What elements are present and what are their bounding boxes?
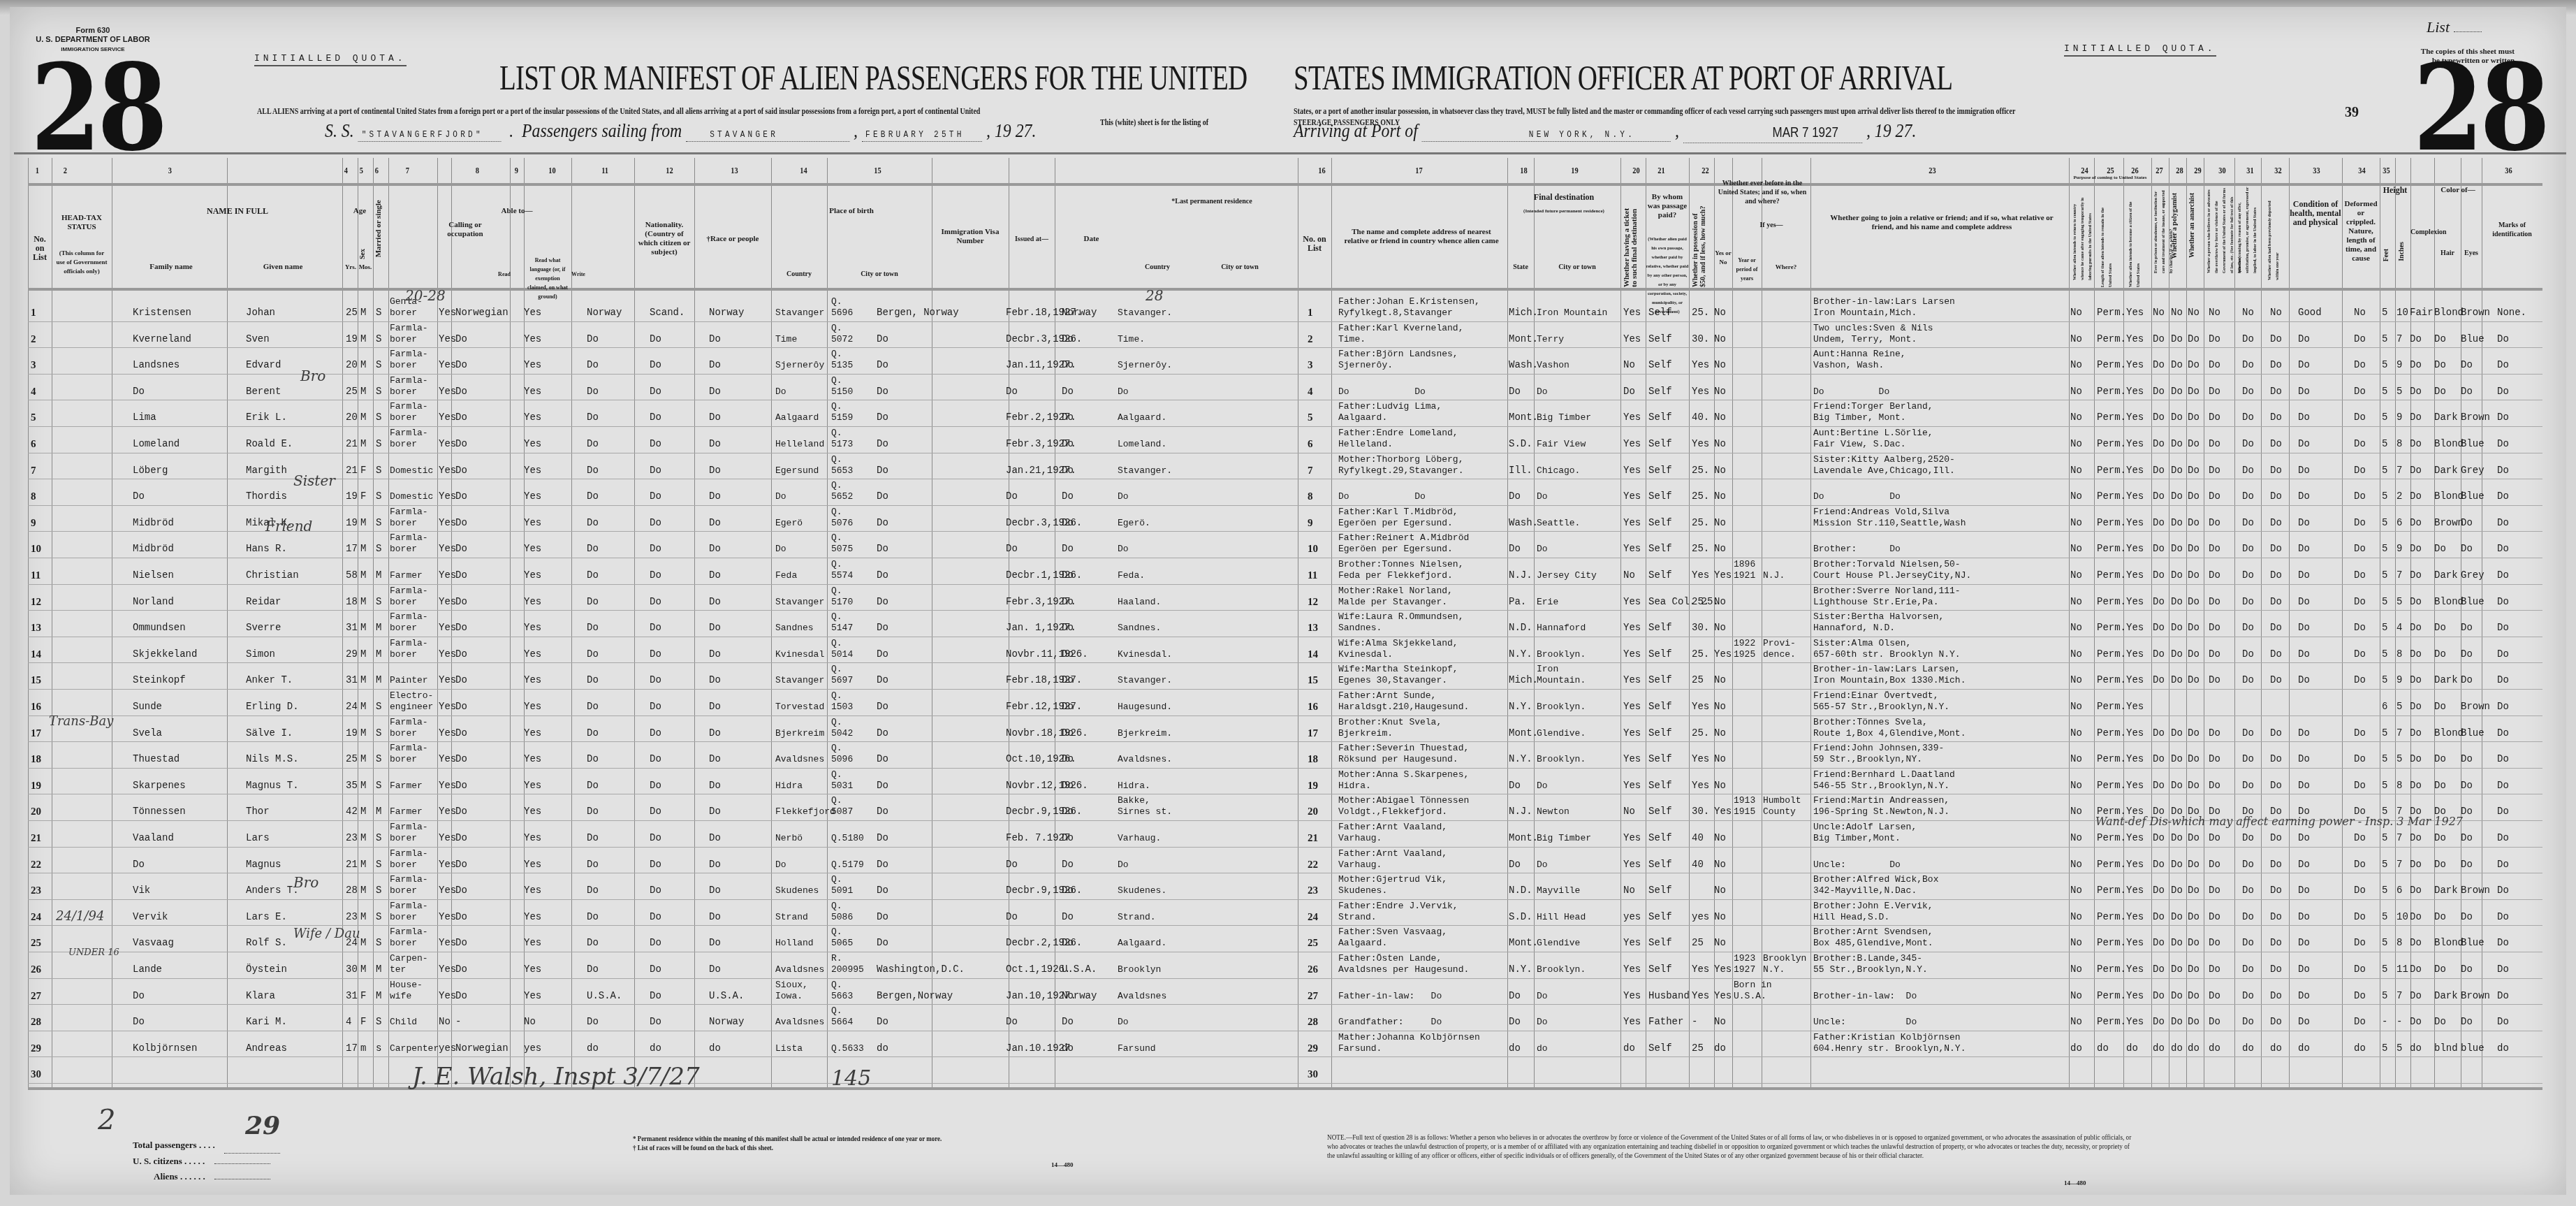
dest-state-cell: Mich. [1509, 675, 1538, 686]
rownum-left: 2 [31, 334, 36, 345]
birth-city-cell: Skudenes [775, 885, 819, 896]
read-cell: Yes [439, 570, 456, 581]
offer-cell: Do [2242, 491, 2254, 502]
language-cell: Norwegian [455, 307, 508, 319]
passenger-row[interactable]: 26LandeÖystein30MMCarpen- terYesDoYesDoD… [28, 952, 2542, 978]
overthrow-cell: Do [2209, 780, 2220, 792]
prison-cell: Do [2153, 728, 2165, 739]
marital-status-cell: S [376, 465, 381, 477]
purpose-return-cell: No [2070, 1017, 2082, 1028]
purpose-return-cell: No [2070, 649, 2082, 660]
hair-cell: Dark [2434, 465, 2458, 477]
money-cell: 25. [1692, 307, 1709, 319]
birth-country-cell: Norway [709, 1017, 744, 1028]
height-inches-cell: 11 [2396, 964, 2408, 975]
year-period-header: Year or period of years [1732, 256, 1762, 283]
read-cell: Yes [439, 491, 456, 502]
passenger-row[interactable]: 11NielsenChristian58MMFarmerYesDoYesDoDo… [28, 558, 2542, 584]
hair-cell: Dark [2434, 675, 2458, 686]
purpose-citizen-cell: Yes [2126, 780, 2144, 792]
residence-city-cell: Farsund [1118, 1043, 1156, 1054]
polygamist-cell: Do [2171, 386, 2183, 398]
joining-relative-cell: Sister:Kitty Aalberg,2520- Lavendale Ave… [1813, 454, 1955, 477]
language-cell: Do [455, 649, 467, 660]
complexion-cell: Do [2410, 991, 2422, 1002]
visa-number-cell: Q. 5150 [831, 375, 853, 398]
offer-cell: Do [2242, 885, 2254, 896]
occupation-cell: House- wife [390, 980, 423, 1002]
column-number: 3 [168, 165, 172, 176]
purpose-length-cell: Perm. [2097, 780, 2126, 792]
birth-city-cell: Avaldsnes [775, 1017, 824, 1028]
rownum-left: 19 [31, 780, 41, 792]
paid-by-cell: Self [1648, 491, 1672, 502]
paid-by-cell: Self [1648, 833, 1672, 844]
complexion-cell: Do [2410, 518, 2422, 529]
purpose-return-cell: No [2070, 806, 2082, 818]
write-cell: Yes [524, 334, 541, 345]
visa-number-cell: Q. 5653 [831, 454, 853, 477]
prison-cell: Do [2153, 649, 2165, 660]
health-cell: Do [2298, 491, 2310, 502]
age-cell: 19 [346, 518, 358, 529]
issued-at-cell: Do [877, 833, 888, 844]
language-cell: Do [455, 570, 467, 581]
dest-state-cell: N.Y. [1509, 754, 1532, 765]
paid-by-cell: Self [1648, 360, 1672, 371]
complexion-cell: Do [2410, 412, 2422, 423]
residence-city-cell: Do [1118, 491, 1129, 502]
hair-cell: blnd [2434, 1043, 2458, 1054]
family-name-cell: Midbröd [133, 518, 174, 529]
nearest-relative-cell: Father:Arnt Vaaland, Varhaug. [1338, 848, 1447, 871]
age-cell: 17 [346, 544, 358, 555]
offer-cell: No [2242, 307, 2254, 319]
language-cell: Do [455, 964, 467, 975]
anarchist-cell: Do [2188, 518, 2200, 529]
health-cell: Do [2298, 412, 2310, 423]
prison-cell: Do [2153, 1017, 2165, 1028]
form-number: Form 630 [34, 27, 152, 36]
deformed-cell: Do [2354, 360, 2366, 371]
passenger-row[interactable]: 4DoBerent25MSFarmla- borerYesDoYesDoDoDo… [28, 374, 2542, 400]
passenger-row[interactable]: 13OmmundsenSverre31MMFarmla- borerYesDoY… [28, 610, 2542, 637]
nationality-cell: Do [587, 518, 599, 529]
given-name-cell: Sälve I. [246, 728, 293, 739]
health-cell: Do [2298, 439, 2310, 450]
language-cell: Do [455, 754, 467, 765]
before-cell: No [1714, 833, 1726, 844]
passenger-row[interactable]: 6LomelandRoald E.21MSFarmla- borerYesDoY… [28, 426, 2542, 453]
sex-cell: M [360, 964, 366, 975]
money-cell: 40. [1692, 412, 1709, 423]
issue-date-cell: Novbr.18,1926. [1006, 728, 1088, 739]
money-cell: Yes [1692, 780, 1709, 792]
year-cell: 1922 1925 [1734, 638, 1755, 660]
before-cell: Yes [1714, 991, 1732, 1002]
height-inches-cell: 10 [2396, 307, 2408, 319]
deported-cell: Do [2270, 964, 2282, 975]
ticket-cell: Yes [1623, 307, 1641, 319]
visa-number-cell: Q. 5664 [831, 1005, 853, 1028]
nearest-relative-cell: Mother:Gjertrud Vik, Skudenes. [1338, 874, 1447, 896]
name-in-full-header: NAME IN FULL [168, 207, 307, 216]
deformed-cell: Do [2354, 597, 2366, 608]
complexion-cell: Do [2410, 439, 2422, 450]
passenger-row[interactable]: 18ThuestadNils M.S.25MSFarmla- borerYesD… [28, 741, 2542, 768]
eyes-cell: Do [2461, 386, 2473, 398]
arrival-date-stamp[interactable]: MAR 7 1927 [1683, 125, 1862, 143]
ticket-cell: Yes [1623, 334, 1641, 345]
rownum-right: 28 [1308, 1017, 1318, 1028]
ticket-cell: Yes [1623, 964, 1641, 975]
write-cell: yes [524, 1043, 541, 1054]
passenger-row[interactable]: 19SkarpenesMagnus T.35MSFarmerYesDoYesDo… [28, 768, 2542, 794]
rownum-left: 20 [31, 806, 41, 818]
paid-by-cell: Self [1648, 702, 1672, 713]
birth-country-cell: Do [709, 885, 721, 896]
passenger-row[interactable]: 10MidbrödHans R.17MSFarmla- borerYesDoYe… [28, 531, 2542, 558]
marital-status-cell: M [376, 806, 381, 818]
money-cell: 25 [1692, 938, 1704, 949]
anarchist-cell: Do [2188, 544, 2200, 555]
purpose-return-cell: No [2070, 465, 2082, 477]
write-cell: Yes [524, 912, 541, 923]
eyes-cell: Do [2461, 675, 2473, 686]
residence-country-cell: Do [1062, 912, 1074, 923]
health-cell: Do [2298, 859, 2310, 871]
eyes-cell: Blue [2461, 439, 2484, 450]
rownum-right: 10 [1308, 544, 1318, 555]
aliens-field[interactable] [214, 1179, 270, 1179]
nationality-cell: Do [587, 412, 599, 423]
purpose-length-cell: Perm. [2097, 518, 2126, 529]
family-name-cell: Vaaland [133, 833, 174, 844]
rownum-left: 25 [31, 938, 41, 949]
residence-country-cell: Do [1062, 728, 1074, 739]
passenger-row[interactable]: 17SvelaSälve I.19MSFarmla- borerYesDoYes… [28, 715, 2542, 742]
offer-cell: Do [2242, 597, 2254, 608]
occupation-cell: Farmla- borer [390, 874, 428, 896]
total-passengers-field[interactable]: 29 [224, 1132, 280, 1154]
height-feet-cell: 5 [2382, 938, 2387, 949]
health-cell: Do [2298, 964, 2310, 975]
money-cell: 25. [1692, 597, 1709, 608]
purpose-return-cell: No [2070, 597, 2082, 608]
issued-at-cell: Do [877, 439, 888, 450]
language-cell: Do [455, 597, 467, 608]
height-feet-cell: 5 [2382, 597, 2387, 608]
height-inches-cell: 7 [2396, 570, 2402, 581]
purpose-return-cell: No [2070, 360, 2082, 371]
money-cell: Yes [1692, 964, 1709, 975]
prison-cell: Do [2153, 412, 2165, 423]
language-cell: Do [455, 623, 467, 634]
family-name-cell: Steinkopf [133, 675, 186, 686]
paid-by-cell: Father [1648, 1017, 1683, 1028]
passenger-row[interactable]: 8DoThordis19FSDomesticYesDoYesDoDoDoDoQ.… [28, 479, 2542, 505]
given-name-cell: Edvard [246, 360, 281, 371]
age-cell: 25 [346, 386, 358, 398]
marks-cell: Do [2497, 597, 2509, 608]
overthrow-cell: Do [2209, 439, 2220, 450]
passenger-row[interactable]: 22DoMagnus21MSFarmla- borerYesDoYesDoDoD… [28, 847, 2542, 873]
money-cell: Yes [1692, 991, 1709, 1002]
birth-country-cell: Do [709, 597, 721, 608]
given-name-cell: Öystein [246, 964, 287, 975]
health-cell: Do [2298, 544, 2310, 555]
language-cell: Do [455, 728, 467, 739]
given-name-cell: Margith [246, 465, 287, 477]
passenger-row[interactable]: 3030 [28, 1056, 2542, 1083]
passenger-row[interactable]: 16SundeErling D.24MSElectro- engineerYes… [28, 689, 2542, 715]
visa-number-cell: Q. 5663 [831, 980, 853, 1002]
date-header: Date [1055, 235, 1128, 244]
column-number: 31 [2246, 165, 2253, 176]
nationality-cell: Do [587, 833, 599, 844]
rownum-left: 27 [31, 991, 41, 1002]
passenger-row[interactable]: 2KvernelandSven19MSFarmla- borerYesDoYes… [28, 321, 2542, 348]
offer-cell: Do [2242, 728, 2254, 739]
health-cell: Do [2298, 570, 2310, 581]
given-name-cell: Roald E. [246, 439, 293, 450]
birth-country-cell: Do [709, 649, 721, 660]
race-cell: Do [650, 885, 661, 896]
birth-country-cell: Do [709, 412, 721, 423]
occupation-cell: Farmla- borer [390, 507, 428, 529]
issued-at-cell: Do [877, 754, 888, 765]
marks-cell: Do [2497, 518, 2509, 529]
purpose-citizen-cell: Yes [2126, 964, 2144, 975]
passenger-row[interactable]: 9MidbrödMikal K.19MSFarmla- borerYesDoYe… [28, 505, 2542, 532]
nearest-relative-cell: Father:Östen Lande, Avaldsnes per Hauges… [1338, 953, 1469, 975]
nationality-cell: Do [587, 570, 599, 581]
passenger-row[interactable]: 28DoKari M.4FSChildNo-NoDoDoNorwayAvalds… [28, 1004, 2542, 1031]
sex-cell: M [360, 754, 366, 765]
residence-country-cell: Do [1062, 491, 1074, 502]
hair-cell: Do [2434, 544, 2446, 555]
deformed-cell: Do [2354, 465, 2366, 477]
family-name-cell: Lomeland [133, 439, 180, 450]
column-number: 4 [344, 165, 348, 176]
dest-state-cell: do [1509, 1043, 1521, 1054]
purpose-return-cell: No [2070, 544, 2082, 555]
arrival-port-field[interactable]: NEW YORK, N.Y. [1422, 129, 1671, 142]
visa-number-cell: Q. 1503 [831, 690, 853, 713]
residence-country-cell: Do [1062, 754, 1074, 765]
residence-city-cell: Lomeland. [1118, 439, 1166, 450]
anarchist-cell: Do [2188, 570, 2200, 581]
nearest-relative-cell: Mother:Thorborg Löberg, Ryfylkegt.29,Sta… [1338, 454, 1463, 477]
passenger-row[interactable]: 27DoKlara31FMHouse- wifeYesDoYesU.S.A.Do… [28, 978, 2542, 1005]
paid-by-cell: Self [1648, 859, 1672, 871]
column-number: 13 [731, 165, 738, 176]
read-cell: Yes [439, 938, 456, 949]
occupation-cell: Carpenter [390, 1043, 439, 1054]
column-number: 35 [2383, 165, 2390, 176]
age-cell: 19 [346, 334, 358, 345]
purpose-citizen-cell: Yes [2126, 885, 2144, 896]
read-cell: Yes [439, 360, 456, 371]
marks-cell: Do [2497, 728, 2509, 739]
ship-name-field[interactable]: "STAVANGERFJORD" [358, 129, 502, 142]
dest-city-cell: Brooklyn. [1537, 964, 1586, 975]
birth-city-cell: Aalgaard [775, 412, 819, 423]
joining-relative-cell: Aunt:Hanna Reine, Vashon, Wash. [1813, 349, 1906, 371]
eyes-cell: Do [2461, 649, 2473, 660]
passenger-row[interactable]: 3LandsnesEdvard20MSFarmla- borerYesDoYes… [28, 347, 2542, 374]
where-cell: N.J. [1763, 570, 1785, 581]
age-cell: 30 [346, 964, 358, 975]
residence-city-cell: Haaland. [1118, 597, 1161, 608]
given-name-cell: Thordis [246, 491, 287, 502]
column-number: 32 [2274, 165, 2281, 176]
height-inches-cell: 7 [2396, 334, 2402, 345]
residence-country-cell: Do [1062, 859, 1074, 871]
joining-relative-cell: Brother:Tönnes Svela, Route 1,Box 4,Glen… [1813, 717, 1966, 739]
before-in-us-header: Whether ever before in the United States… [1714, 179, 1810, 206]
passenger-row[interactable]: 12NorlandReidar18MSFarmla- borerYesDoYes… [28, 584, 2542, 611]
visa-number-cell: Q. 5170 [831, 586, 853, 608]
joining-relative-cell: Friend:Einar Övertvedt, 565-57 Str.,Broo… [1813, 690, 1949, 713]
passenger-row[interactable]: 23VikAnders T.28MSFarmla- borerYesDoYesD… [28, 873, 2542, 899]
passenger-row[interactable]: 24VervikLars E.23MSFarmla- borerYesDoYes… [28, 899, 2542, 926]
visa-number-cell: Q. 5173 [831, 428, 853, 450]
overthrow-cell: Do [2209, 938, 2220, 949]
married-header: Married or single [375, 200, 383, 257]
overthrow-cell: Do [2209, 859, 2220, 871]
nearest-relative-cell: Mother:Anna S.Skarpenes, Hidra. [1338, 769, 1469, 792]
given-name-cell: Sverre [246, 623, 281, 634]
residence-city-cell: Stavanger. [1118, 675, 1172, 686]
us-citizens-field[interactable] [214, 1163, 270, 1164]
residence-country-cell: do [1062, 1043, 1074, 1054]
dest-state-cell: Mont. [1509, 728, 1538, 739]
marks-cell: Do [2497, 885, 2509, 896]
ticket-cell: Yes [1623, 991, 1641, 1002]
year-cell: 1896 1921 [1734, 559, 1755, 581]
sex-cell: M [360, 360, 366, 371]
eyes-cell: Do [2461, 859, 2473, 871]
issued-at-cell: Bergen, Norway [877, 307, 959, 319]
feet-header: Feet [2383, 249, 2390, 261]
passenger-row[interactable]: 14SkjekkelandSimon29MMFarmla- borerYesDo… [28, 637, 2542, 663]
rownum-right: 7 [1308, 465, 1313, 477]
family-name-cell: Thuestad [133, 754, 180, 765]
rownum-left: 29 [31, 1043, 41, 1054]
race-cell: Do [650, 570, 661, 581]
marital-status-cell: S [376, 780, 381, 792]
dest-state-cell: Mont. [1509, 833, 1538, 844]
anarchist-cell: Do [2188, 675, 2200, 686]
deformed-cell: Do [2354, 728, 2366, 739]
nationality-cell: Do [587, 360, 599, 371]
dest-state-cell: N.Y. [1509, 964, 1532, 975]
purpose-length-cell: Perm. [2097, 465, 2126, 477]
form-code-left: 14—480 [1051, 1161, 1074, 1168]
eyes-cell: Do [2461, 912, 2473, 923]
family-name-cell: Norland [133, 597, 174, 608]
sailing-port-field[interactable]: STAVANGER [686, 129, 849, 142]
polygamist-cell: Do [2171, 938, 2183, 949]
rownum-right: 5 [1308, 412, 1313, 423]
race-note-top: 20-28 [405, 287, 446, 304]
polygamist-cell: Do [2171, 675, 2183, 686]
overthrow-cell: Do [2209, 412, 2220, 423]
read-cell: Yes [439, 806, 456, 818]
race-cell: Do [650, 912, 661, 923]
given-name-cell: Christian [246, 570, 299, 581]
marks-cell: Do [2497, 465, 2509, 477]
occupation-cell: Farmer [390, 780, 423, 792]
visa-number-cell: Q. 5091 [831, 874, 853, 896]
offer-cell: Do [2242, 334, 2254, 345]
eyes-cell: Do [2461, 518, 2473, 529]
purpose-length-cell: Perm. [2097, 728, 2126, 739]
ticket-cell: Yes [1623, 623, 1641, 634]
passenger-row[interactable]: 5LimaErik L.20MSFarmla- borerYesDoYesDoD… [28, 400, 2542, 426]
purpose-length-cell: Perm. [2097, 938, 2126, 949]
read-cell: Yes [439, 334, 456, 345]
complexion-cell: Do [2410, 728, 2422, 739]
marital-status-cell: S [376, 859, 381, 871]
passenger-row[interactable]: 25VasvaagRolf S.24MSFarmla- borerYesDoYe… [28, 925, 2542, 952]
birth-city-cell: Lista [775, 1043, 803, 1054]
prison-cell: Do [2153, 885, 2165, 896]
overthrow-cell: Do [2209, 675, 2220, 686]
race-cell: Do [650, 544, 661, 555]
sex-cell: F [360, 491, 366, 502]
height-feet-cell: - [2382, 1017, 2387, 1028]
passenger-row[interactable]: 7LöbergMargith21FSDomesticYesDoYesDoDoDo… [28, 453, 2542, 479]
age-cell: 21 [346, 859, 358, 871]
inspector-signature: J. E. Walsh, Inspt 3/7/27 [412, 1063, 700, 1091]
passenger-row[interactable]: 15SteinkopfAnker T.31MMPainterYesDoYesDo… [28, 662, 2542, 689]
dest-state-cell: Do [1509, 1017, 1521, 1028]
write-cell: Yes [524, 544, 541, 555]
occupation-cell: Farmla- borer [390, 349, 428, 371]
residence-city-cell: Aalgaard. [1118, 412, 1166, 423]
birth-country-cell: Do [709, 728, 721, 739]
occupation-cell: Farmla- borer [390, 611, 428, 634]
overthrow-cell: Do [2209, 885, 2220, 896]
residence-city-cell: Stavanger. [1118, 307, 1172, 319]
offer-cell: Do [2242, 544, 2254, 555]
race-cell: Do [650, 754, 661, 765]
health-cell: Do [2298, 334, 2310, 345]
passenger-row[interactable]: 29KolbjörnsenAndreas17msCarpenteryesNorw… [28, 1031, 2542, 1057]
eyes-cell: Blue [2461, 334, 2484, 345]
hair-cell: Brown [2434, 518, 2464, 529]
overthrow-cell: do [2209, 1043, 2220, 1054]
overthrow-cell: No [2209, 307, 2220, 319]
sailing-date-field[interactable]: FEBRUARY 25TH [862, 129, 982, 142]
age-header: Age [346, 207, 374, 216]
eyes-cell: Brown [2461, 702, 2490, 713]
nationality-cell: Do [587, 623, 599, 634]
citizen-intent-header: Whether alien intends to become a citize… [2128, 200, 2143, 287]
column-number: 20 [1632, 165, 1639, 176]
question-28-note: NOTE.—Full text of question 28 is as fol… [1327, 1133, 2139, 1161]
sex-cell: M [360, 570, 366, 581]
column-number: 8 [476, 165, 479, 176]
age-cell: 28 [346, 885, 358, 896]
dest-city-cell: Terry [1537, 334, 1564, 345]
age-cell: 21 [346, 439, 358, 450]
sex-cell: F [360, 991, 366, 1002]
eyes-cell: blue [2461, 1043, 2484, 1054]
year-cell: 1923 1927 [1734, 953, 1755, 975]
